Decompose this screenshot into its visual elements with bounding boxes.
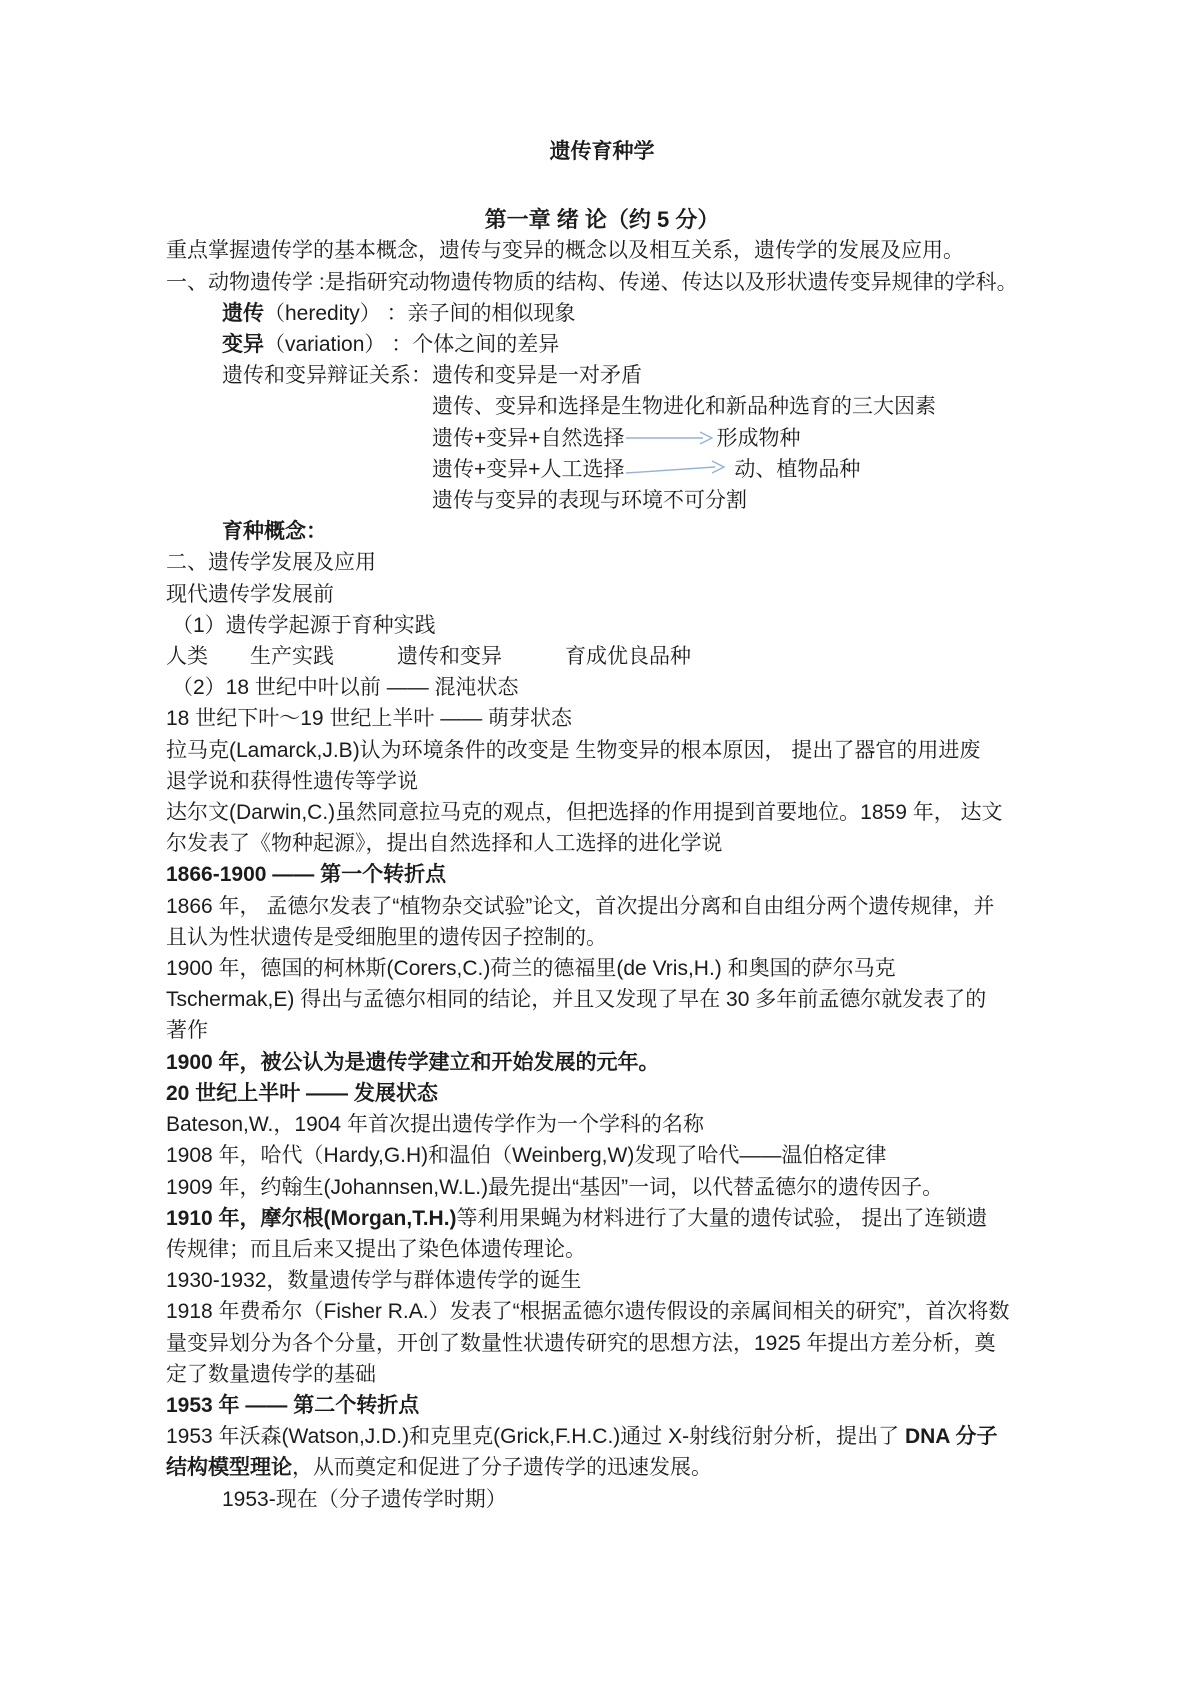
text-run: 著作 [166, 1019, 208, 1042]
doc-line: 定了数量遗传学的基础 [166, 1359, 1038, 1390]
text-run: 1866 年， 孟德尔发表了“植物杂交试验”论文，首次提出分离和自由组分两个遗传… [166, 895, 994, 918]
text-run: 量变异划分为各个分量，开创了数量性状遗传研究的思想方法，1925 年提出方差分析… [166, 1332, 996, 1355]
doc-line: 1953 年沃森(Watson,J.D.)和克里克(Grick,F.H.C.)通… [166, 1421, 1038, 1452]
chapter-heading: 第一章 绪 论（约 5 分） [166, 204, 1038, 235]
doc-line: 尔发表了《物种起源》，提出自然选择和人工选择的进化学说 [166, 828, 1038, 859]
doc-line: 一、动物遗传学 :是指研究动物遗传物质的结构、传递、传达以及形状遗传变异规律的学… [166, 267, 1038, 298]
doc-line: 1900 年，德国的柯林斯(Corers,C.)荷兰的德福里(de Vris,H… [166, 953, 1038, 984]
text-run: 等利用果蝇为材料进行了大量的遗传试验， 提出了连锁遗 [457, 1207, 988, 1230]
text-run-bold: 遗传育种学 [550, 140, 655, 163]
doc-line: 1866 年， 孟德尔发表了“植物杂交试验”论文，首次提出分离和自由组分两个遗传… [166, 891, 1038, 922]
text-run: 1953 年沃森(Watson,J.D.)和克里克(Grick,F.H.C.)通… [166, 1425, 905, 1448]
text-run: 定了数量遗传学的基础 [166, 1363, 376, 1386]
doc-line: 结构模型理论，从而奠定和促进了分子遗传学的迅速发展。 [166, 1452, 1038, 1483]
text-run: 1900 年，德国的柯林斯(Corers,C.)荷兰的德福里(de Vris,H… [166, 957, 896, 980]
text-run: 1953-现在（分子遗传学时期） [222, 1488, 507, 1511]
doc-line: 退学说和获得性遗传等学说 [166, 766, 1038, 797]
text-run: 遗传与变异的表现与环境不可分割 [432, 489, 747, 512]
doc-line: 遗传+变异+自然选择形成物种 [166, 423, 1038, 454]
doc-line: 二、遗传学发展及应用 [166, 547, 1038, 578]
doc-line: 1900 年，被公认为是遗传学建立和开始发展的元年。 [166, 1047, 1038, 1078]
text-run: （heredity） ：亲子间的相似现象 [264, 302, 576, 325]
text-run: Tschermak,E) 得出与孟德尔相同的结论，并且又发现了早在 30 多年前… [166, 988, 986, 1011]
doc-line: 1909 年，约翰生(Johannsen,W.L.)最先提出“基因”一词，以代替… [166, 1172, 1038, 1203]
text-run: 1918 年费希尔（Fisher R.A.）发表了“根据孟德尔遗传假设的亲属间相… [166, 1300, 1010, 1323]
doc-line: 量变异划分为各个分量，开创了数量性状遗传研究的思想方法，1925 年提出方差分析… [166, 1328, 1038, 1359]
doc-line: 遗传和变异辩证关系：遗传和变异是一对矛盾 [166, 360, 1038, 391]
text-run: 遗传和变异辩证关系：遗传和变异是一对矛盾 [222, 364, 642, 387]
doc-line: 拉马克(Lamarck,J.B)认为环境条件的改变是 生物变异的根本原因， 提出… [166, 735, 1038, 766]
doc-line: 20 世纪上半叶 —— 发展状态 [166, 1078, 1038, 1109]
doc-line: 18 世纪下叶～19 世纪上半叶 —— 萌芽状态 [166, 703, 1038, 734]
doc-line: 变异（variation） ：个体之间的差异 [166, 329, 1038, 360]
doc-line: Tschermak,E) 得出与孟德尔相同的结论，并且又发现了早在 30 多年前… [166, 984, 1038, 1015]
text-run: 现代遗传学发展前 [166, 583, 334, 606]
text-run-bold: 结构模型理论 [166, 1456, 292, 1479]
text-run: （1）遗传学起源于育种实践 [172, 614, 436, 637]
text-run: 尔发表了《物种起源》，提出自然选择和人工选择的进化学说 [166, 832, 723, 855]
doc-line: 遗传与变异的表现与环境不可分割 [166, 485, 1038, 516]
doc-line: 遗传+变异+人工选择 动、植物品种 [166, 454, 1038, 485]
doc-line: 1953-现在（分子遗传学时期） [166, 1484, 1038, 1515]
doc-line: 1910 年，摩尔根(Morgan,T.H.)等利用果蝇为材料进行了大量的遗传试… [166, 1203, 1038, 1234]
text-run: 18 世纪下叶～19 世纪上半叶 —— 萌芽状态 [166, 707, 572, 730]
text-run: （2）18 世纪中叶以前 —— 混沌状态 [172, 676, 519, 699]
text-run: 1930-1932，数量遗传学与群体遗传学的诞生 [166, 1269, 581, 1292]
doc-line: 著作 [166, 1015, 1038, 1046]
text-run: ，从而奠定和促进了分子遗传学的迅速发展。 [292, 1456, 712, 1479]
text-run: 重点掌握遗传学的基本概念，遗传与变异的概念以及相互关系，遗传学的发展及应用。 [166, 239, 964, 262]
text-run: 动、植物品种 [729, 458, 861, 481]
text-run-bold: 变异 [222, 333, 264, 356]
text-run-bold: 遗传 [222, 302, 264, 325]
text-run: 退学说和获得性遗传等学说 [166, 770, 418, 793]
text-run: 达尔文(Darwin,C.)虽然同意拉马克的观点，但把选择的作用提到首要地位。1… [166, 801, 1003, 824]
blank-line [166, 167, 1038, 204]
text-run: 拉马克(Lamarck,J.B)认为环境条件的改变是 生物变异的根本原因， 提出… [166, 739, 980, 762]
text-run: 遗传+变异+自然选择 [432, 427, 625, 450]
text-run-bold: 1900 年，被公认为是遗传学建立和开始发展的元年。 [166, 1051, 660, 1074]
text-run-bold: 育种概念： [222, 520, 327, 543]
text-run-bold: 20 世纪上半叶 —— 发展状态 [166, 1082, 438, 1105]
doc-line: 1908 年，哈代（Hardy,G.H)和温伯（Weinberg,W)发现了哈代… [166, 1140, 1038, 1171]
doc-line: 1953 年 —— 第二个转折点 [166, 1390, 1038, 1421]
text-run-bold: 1866-1900 —— 第一个转折点 [166, 863, 446, 886]
text-run: 且认为性状遗传是受细胞里的遗传因子控制的。 [166, 926, 607, 949]
doc-line: 达尔文(Darwin,C.)虽然同意拉马克的观点，但把选择的作用提到首要地位。1… [166, 797, 1038, 828]
arrow-right-icon [625, 460, 729, 478]
text-run: 遗传+变异+人工选择 [432, 458, 625, 481]
text-run: Bateson,W.，1904 年首次提出遗传学作为一个学科的名称 [166, 1113, 704, 1136]
text-run: 遗传、变异和选择是生物进化和新品种选育的三大因素 [432, 395, 936, 418]
text-run: 传规律；而且后来又提出了染色体遗传理论。 [166, 1238, 586, 1261]
text-run: （variation） ：个体之间的差异 [264, 333, 559, 356]
doc-line: 1866-1900 —— 第一个转折点 [166, 859, 1038, 890]
text-run-bold: 第一章 绪 论（约 5 分） [485, 207, 720, 232]
document-page: 遗传育种学第一章 绪 论（约 5 分）重点掌握遗传学的基本概念，遗传与变异的概念… [166, 136, 1038, 1515]
text-run-bold: 1953 年 —— 第二个转折点 [166, 1394, 419, 1417]
text-run-bold: DNA 分子 [905, 1425, 998, 1448]
doc-line: 遗传、变异和选择是生物进化和新品种选育的三大因素 [166, 391, 1038, 422]
doc-line: 且认为性状遗传是受细胞里的遗传因子控制的。 [166, 922, 1038, 953]
text-run: 二、遗传学发展及应用 [166, 551, 376, 574]
doc-line: 人类 生产实践 遗传和变异 育成优良品种 [166, 641, 1038, 672]
doc-line: 1930-1932，数量遗传学与群体遗传学的诞生 [166, 1265, 1038, 1296]
doc-line: （2）18 世纪中叶以前 —— 混沌状态 [166, 672, 1038, 703]
text-run: 1909 年，约翰生(Johannsen,W.L.)最先提出“基因”一词，以代替… [166, 1176, 943, 1199]
text-run: 1908 年，哈代（Hardy,G.H)和温伯（Weinberg,W)发现了哈代… [166, 1144, 886, 1167]
doc-line: 传规律；而且后来又提出了染色体遗传理论。 [166, 1234, 1038, 1265]
doc-line: 重点掌握遗传学的基本概念，遗传与变异的概念以及相互关系，遗传学的发展及应用。 [166, 235, 1038, 266]
doc-line: 遗传（heredity） ：亲子间的相似现象 [166, 298, 1038, 329]
text-run-bold: 1910 年，摩尔根(Morgan,T.H.) [166, 1207, 457, 1230]
doc-line: 1918 年费希尔（Fisher R.A.）发表了“根据孟德尔遗传假设的亲属间相… [166, 1296, 1038, 1327]
text-run: 一、动物遗传学 :是指研究动物遗传物质的结构、传递、传达以及形状遗传变异规律的学… [166, 271, 1018, 294]
doc-line: Bateson,W.，1904 年首次提出遗传学作为一个学科的名称 [166, 1109, 1038, 1140]
doc-line: 现代遗传学发展前 [166, 579, 1038, 610]
text-run: 人类 生产实践 遗传和变异 育成优良品种 [166, 645, 691, 668]
page-title: 遗传育种学 [166, 136, 1038, 167]
doc-line: 育种概念： [166, 516, 1038, 547]
doc-line: （1）遗传学起源于育种实践 [166, 610, 1038, 641]
text-run: 形成物种 [717, 427, 801, 450]
arrow-right-icon [625, 429, 717, 447]
